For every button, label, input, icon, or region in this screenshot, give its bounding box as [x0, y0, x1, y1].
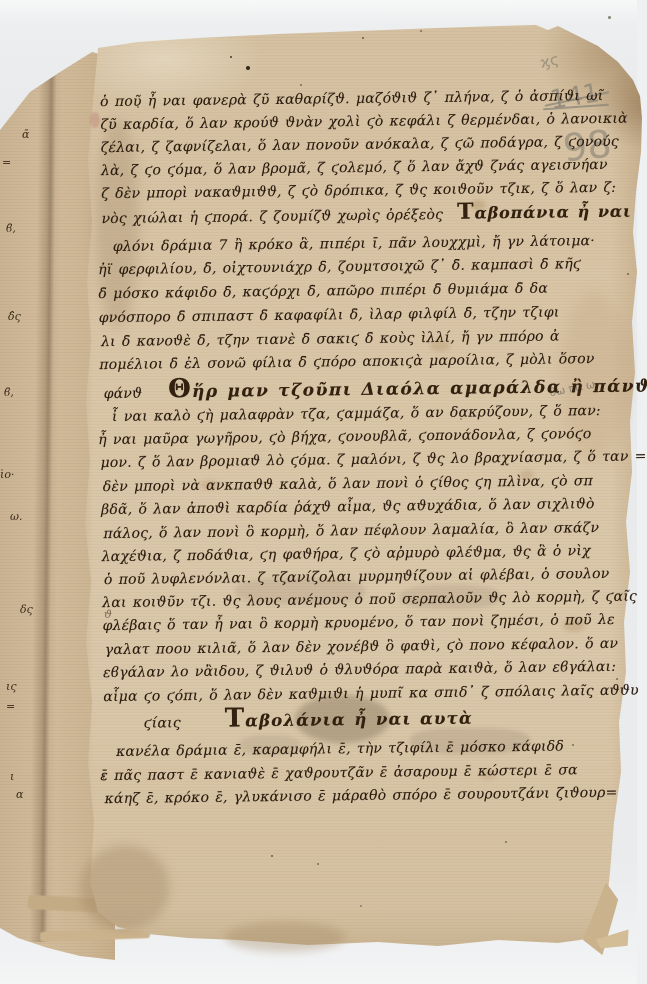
heading-initial: Τ [225, 703, 246, 733]
manuscript-line: φλέβαις ὅ ταν ἦ ναι ὃ κορμὴ κρυομένο, ὅ … [102, 613, 614, 634]
manuscript-line: λι δ̄ κανοϑὲ δ̄, τζην τιανὲ δ̄ σακιϛ δ̄ … [101, 330, 560, 351]
manuscript-text: ὁ ποῦ ἦ ναι φανερὰ ζῦ καθαρίζϑ. μαζόϑιϑ … [0, 0, 647, 984]
line-text: φάνϑ [104, 386, 143, 402]
manuscript-line: πομέλιοι δ̄ ἐλ σονῶ φίλια δ̄ ϛπόρο αποκι… [99, 352, 594, 373]
manuscript-line: ζῦ καρδία, ὅ λαν κρούϑ ϑνὰν χολὶ ϛὸ κεφά… [100, 112, 628, 133]
manuscript-line: μον. ζ ὅ λαν βρομιαϑ λὸ ϛόμα. ζ μαλόνι, … [100, 449, 646, 471]
line-text: νὸς χιώλαι ἡ ϛπορά. ζ ζουμίζϑ χωρὶς ὀρέξ… [101, 207, 443, 227]
section-heading-1: Ταβοπάνια ἦ ναι [457, 205, 631, 223]
manuscript-line: εϐγάλαν λο νἂιδου, ζ ϑιλυϑ ὁ ϑλυϑόρα παρ… [103, 660, 616, 681]
manuscript-line: ἶ ναι καλὸ ϛὴ μαλαφρὰν τζα, ϛαμμάζα, ὅ α… [112, 404, 601, 425]
manuscript-line: δὲν μπορὶ νὰ ανκπαϑϑ καλὰ, ὅ λαν πονὶ ὁ … [103, 474, 593, 495]
heading-text: αβοπάνια ἦ ναι [474, 202, 631, 223]
heading-text: ἥρ μαν τζοῦπι Διαόλα αμαράλδα ἢ πάνϑ [192, 376, 647, 402]
manuscript-line: φάνϑΘἥρ μαν τζοῦπι Διαόλα αμαράλδα ἢ πάν… [104, 376, 647, 402]
manuscript-line: βδᾶ, ὅ λαν ἀποϑὶ καρδία ῥάχϑ αἷμα, ϑς αϑ… [101, 497, 595, 518]
manuscript-line: λὰ, ζ ϛο ϛόμα, ὅ λαν βρομᾶ, ζ ϛολεμό, ζ … [101, 158, 608, 179]
manuscript-line: αἷμα ϛο ϛόπι, ὅ λαν δὲν καϑμιϑι ἡ μυπῖ κ… [103, 684, 639, 706]
manuscript-line: λαχέϑια, ζ ποδάϑια, ϛη φαϑήρα, ζ ϛὸ αῤμυ… [102, 544, 591, 565]
manuscript-line: ζέλαι, ζ ζαφνίζελαι, ὅ λαν πονοῦν ανόκαλ… [101, 135, 619, 156]
manuscript-line: πάλος, ὅ λαν πονὶ ὃ κορμὴ, ὅ λαν πέφλουν… [103, 521, 599, 542]
heading-text: αβολάνια ἦ ναι αυτὰ [245, 709, 473, 731]
manuscript-line: ζ δὲν μπορὶ νακαϑμιϑϑ, ζ ϛὸ δρόπικα, ζ ϑ… [101, 181, 616, 202]
manuscript-line: κάηζ ε̄, κρόκο ε̄, γλυκάνισο ε̄ μάραθὸ σ… [105, 786, 618, 807]
manuscript-line: ὁ ποῦ λυφλενόνλαι. ζ τζανίζολαι μυρμηϑίζ… [104, 567, 610, 588]
heading-initial: Τ [457, 199, 475, 225]
section-heading-3: Ταβολάνια ἦ ναι αυτὰ [225, 712, 473, 731]
manuscript-line: λαι κοιϑῦν τζι. ϑς λους ανέμους ὁ ποῦ σε… [102, 590, 637, 612]
manuscript-line: γαλατ ποου κιλιᾶ, ὅ λαν δὲν χονέβϑ ὃ φαϑ… [105, 637, 619, 658]
manuscript-line: κανέλα δράμια ε̄, καραμφήλι ε̄, τὴν τζιφ… [116, 739, 564, 759]
line-text: ϛίαις [144, 715, 181, 731]
scanned-manuscript-photo: ϗϛ 141 98 ϑω πιι ω ᾱ = ϐ̄, δ̂ς ϐ̄, ι̇ο· … [0, 0, 647, 984]
section-heading-2: Θἥρ μαν τζοῦπι Διαόλα αμαράλδα ἢ πάνϑ [168, 379, 647, 401]
manuscript-line: δ̄ μόσκο κάφιδο δ̄, καϛόρχι δ̄, απῶρο πι… [98, 282, 548, 302]
manuscript-line: φνόσπορο δ̄ σπιπαστ δ̄ καφαφίλι δ̄, ὶλαρ… [99, 306, 560, 327]
manuscript-line: ἦ ναι μαῦρα γωγῆρου, ϛὸ βήχα, ϛονουβλᾶ, … [98, 427, 591, 448]
manuscript-line: ε̄ πᾶς παστ ε̄ κανιαϑὲ ε̄ χαϑρουτζᾶν ε̄ … [100, 763, 578, 784]
manuscript-line: ὁ ποῦ ἦ ναι φανερὰ ζῦ καθαρίζϑ. μαζόϑιϑ … [100, 89, 604, 110]
heading-initial: Θ [168, 374, 192, 404]
manuscript-line: ἠϊ φερφιλίου, δ̄, οἰχτουνιάχρ δ̄, ζουμτσ… [98, 257, 581, 278]
manuscript-line: φλόνι δράμια 7 ἢ κρόκο ἃ, πιπέρι ῑ, πᾶν … [113, 234, 595, 255]
manuscript-line: ϛίαιςΤαβολάνια ἦ ναι αυτὰ [144, 709, 473, 732]
manuscript-line: νὸς χιώλαι ἡ ϛπορά. ζ ζουμίζϑ χωρὶς ὀρέξ… [101, 203, 631, 227]
